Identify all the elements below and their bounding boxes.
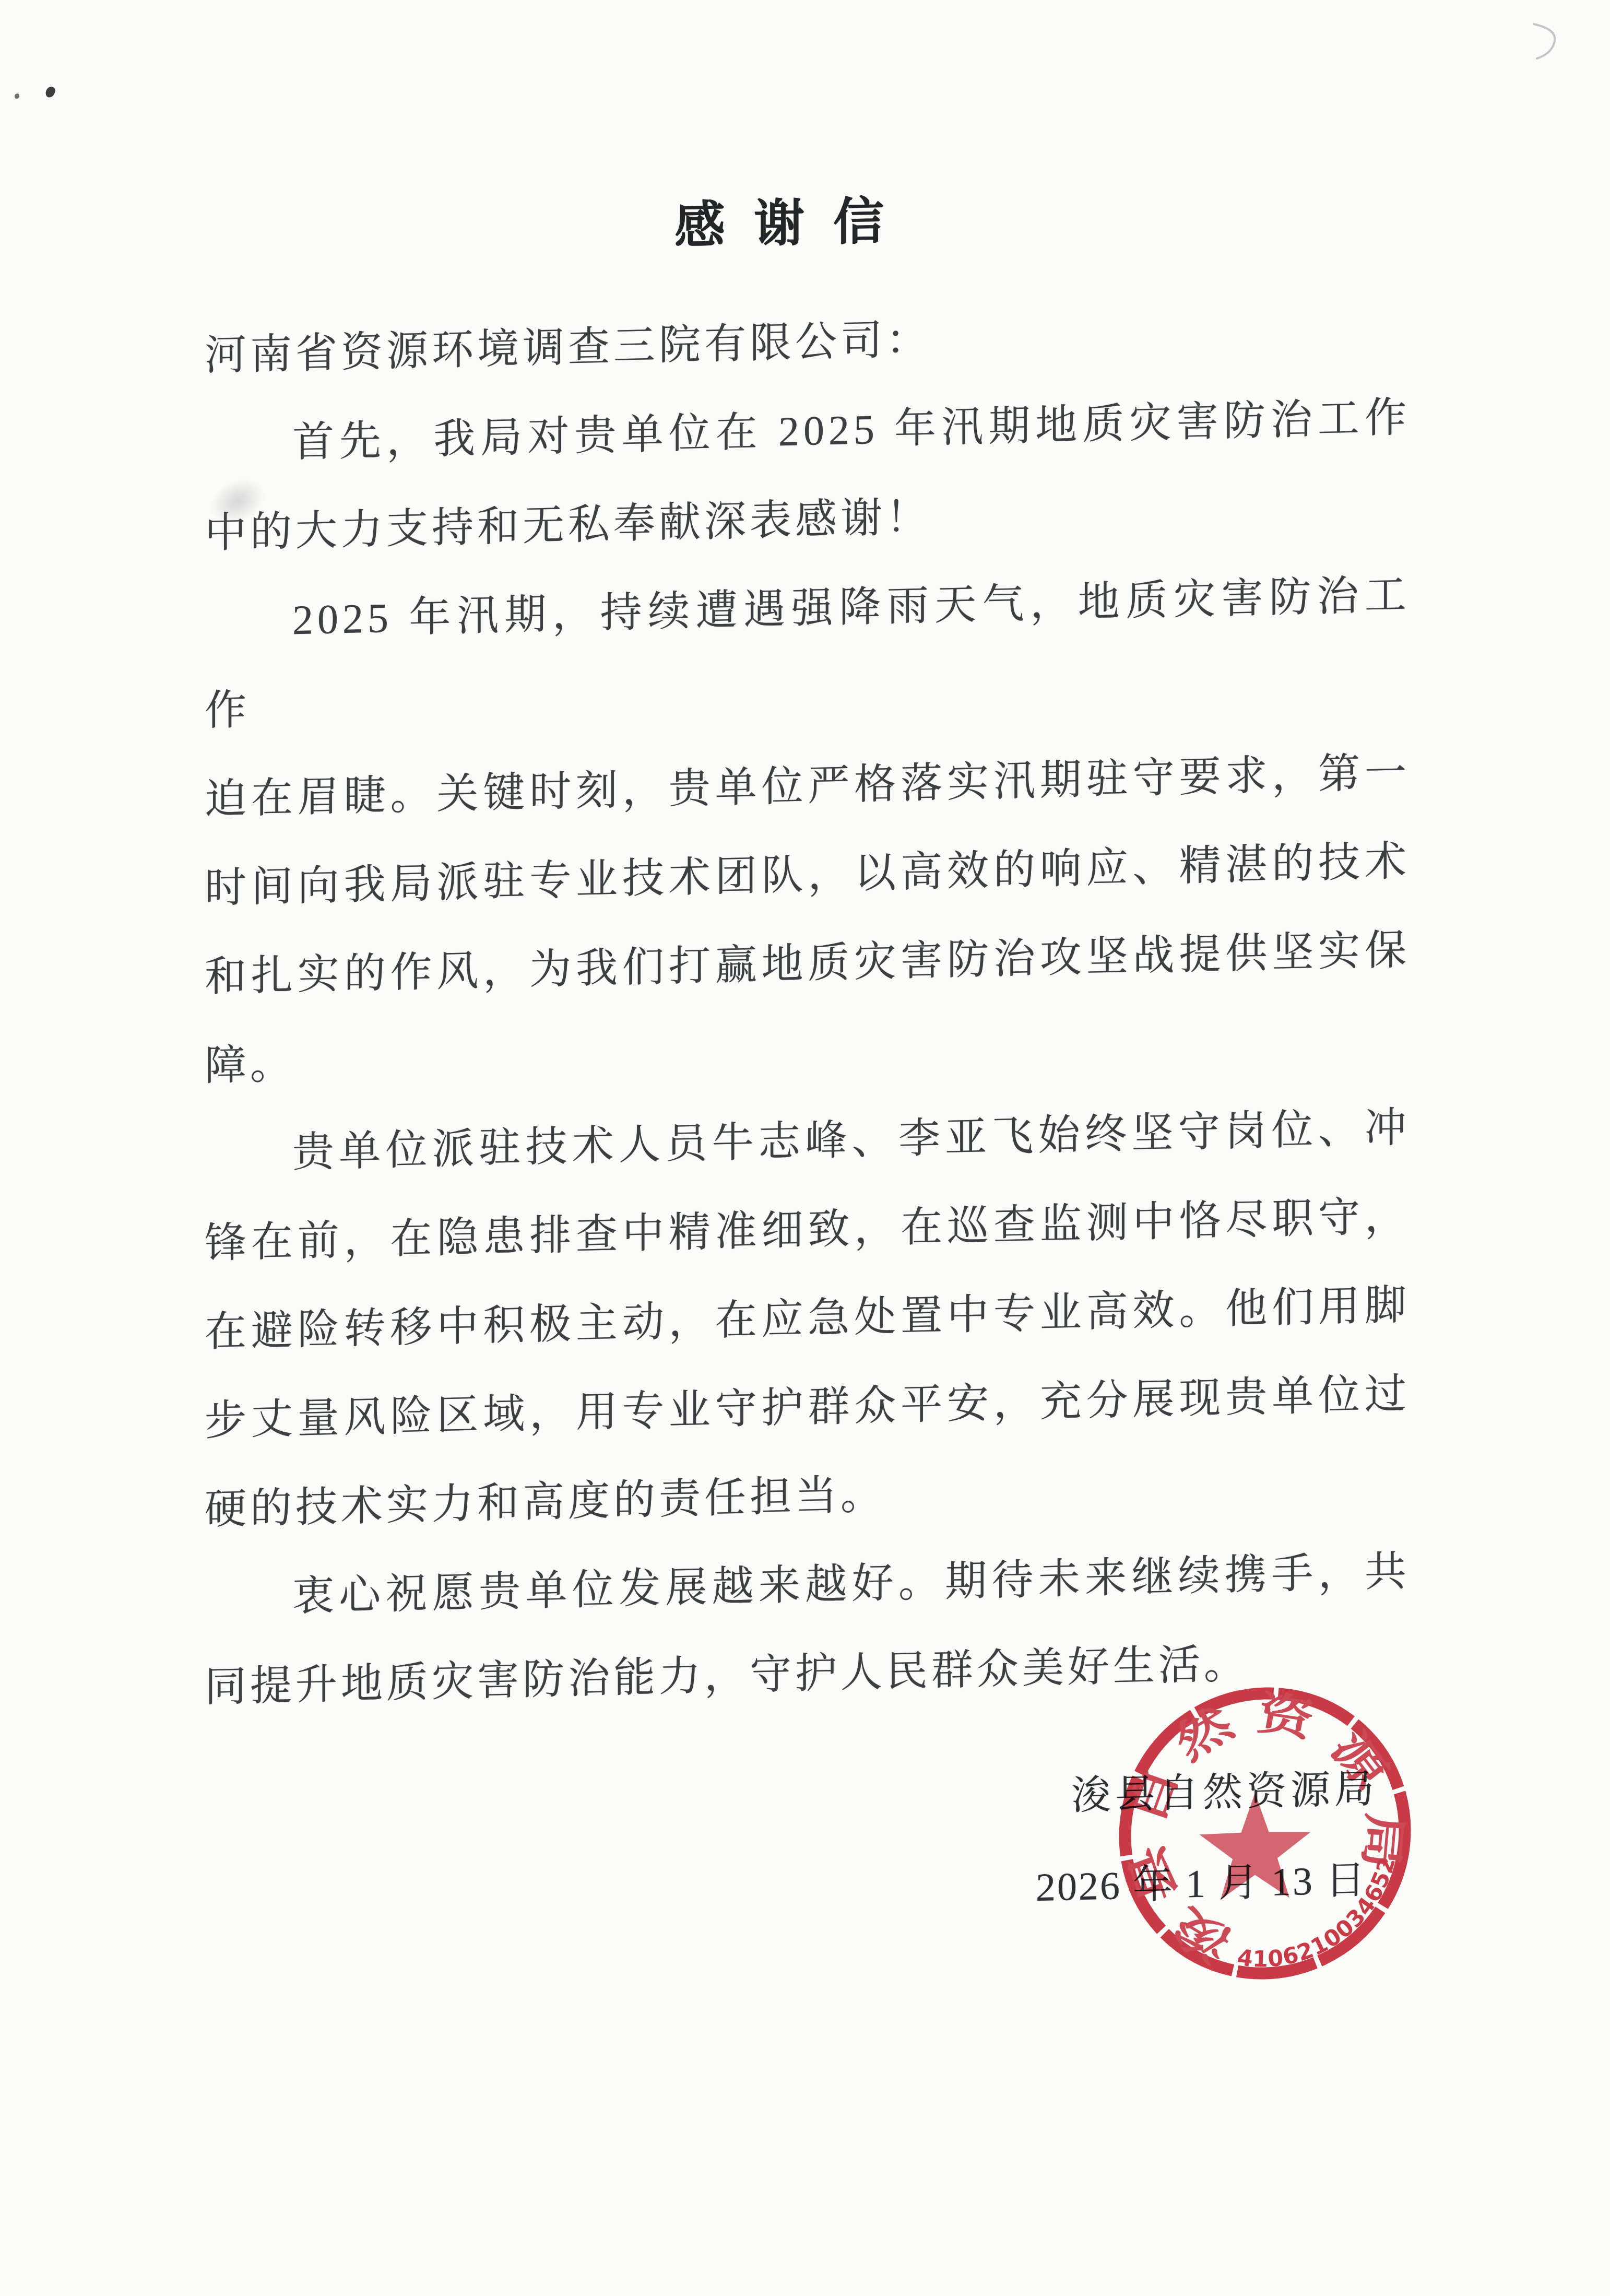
scan-corner-artifact <box>1530 15 1566 62</box>
scanned-letter-page: 感谢信 河南省资源环境调查三院有限公司： 首先，我局对贵单位在 2025 年汛期… <box>0 0 1610 2296</box>
body-line: 2025 年汛期，持续遭遇强降雨天气，地质灾害防治工作 <box>205 551 1411 756</box>
scan-speck <box>44 86 56 99</box>
official-seal-stamp: 浚县自然资源局 4106210034652 <box>1108 1673 1422 1994</box>
seal-ring-char: 然 <box>1167 1697 1242 1771</box>
seal-ring-char: 资 <box>1253 1688 1319 1747</box>
letter-body: 河南省资源环境调查三院有限公司： 首先，我局对贵单位在 2025 年汛期地质灾害… <box>205 285 1411 1732</box>
letter-title: 感谢信 <box>674 193 913 254</box>
seal-ring-char: 浚 <box>1166 1898 1240 1970</box>
seal-ring-char: 源 <box>1321 1723 1396 1799</box>
scan-skew-layer: 感谢信 河南省资源环境调查三院有限公司： 首先，我局对贵单位在 2025 年汛期… <box>0 0 1610 2296</box>
seal-serial-digit: 1 <box>1252 1946 1269 1972</box>
star-icon <box>1200 1792 1311 1900</box>
scan-speck <box>15 93 19 99</box>
